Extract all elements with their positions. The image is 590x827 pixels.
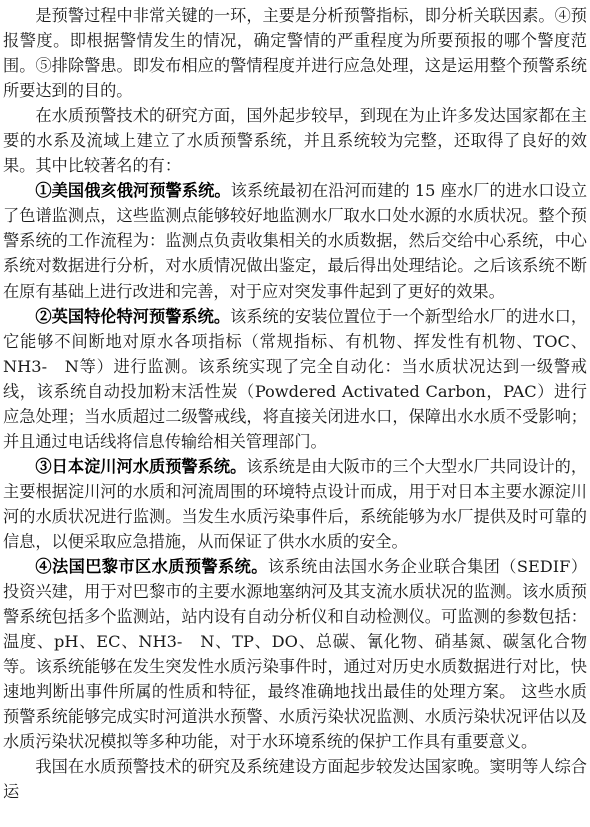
paragraph-text: 我国在水质预警技术的研究及系统建设方面起步较发达国家晚。窦明等人综合运 xyxy=(3,757,587,801)
paragraph-text: 是预警过程中非常关键的一环，主要是分析预警指标，即分析关联因素。④预报警度。即根… xyxy=(3,6,587,100)
paragraph-yodo-river-system: ③日本淀川河水质预警系统。该系统是由大阪市的三个大型水厂共同设计的，主要根据淀川… xyxy=(3,454,587,554)
paragraph-text: 在水质预警技术的研究方面，国外起步较早，到现在为止许多发达国家都在主要的水系及流… xyxy=(3,106,587,175)
document-page: 是预警过程中非常关键的一环，主要是分析预警指标，即分析关联因素。④预报警度。即根… xyxy=(3,3,587,805)
paragraph-heading: ③日本淀川河水质预警系统。 xyxy=(35,457,246,476)
paragraph-heading: ②英国特伦特河预警系统。 xyxy=(35,307,230,326)
paragraph-foreign-research: 在水质预警技术的研究方面，国外起步较早，到现在为止许多发达国家都在主要的水系及流… xyxy=(3,103,587,178)
paragraph-text: 该系统的安装位置位于一个新型给水厂的进水口，它能够不间断地对原水各项指标（常规指… xyxy=(3,307,587,451)
paragraph-heading: ④法国巴黎市区水质预警系统。 xyxy=(35,557,267,576)
paragraph-ohio-river-system: ①美国俄亥俄河预警系统。该系统最初在沿河而建的 15 座水厂的进水口设立了色谱监… xyxy=(3,178,587,303)
paragraph-heading: ①美国俄亥俄河预警系统。 xyxy=(35,181,230,200)
paragraph-text: 该系统由法国水务企业联合集团（SEDIF）投资兴建，用于对巴黎市的主要水源地塞纳… xyxy=(3,557,587,751)
paragraph-warning-steps: 是预警过程中非常关键的一环，主要是分析预警指标，即分析关联因素。④预报警度。即根… xyxy=(3,3,587,103)
paragraph-domestic-research: 我国在水质预警技术的研究及系统建设方面起步较发达国家晚。窦明等人综合运 xyxy=(3,754,587,804)
paragraph-paris-system: ④法国巴黎市区水质预警系统。该系统由法国水务企业联合集团（SEDIF）投资兴建，… xyxy=(3,554,587,754)
paragraph-trent-river-system: ②英国特伦特河预警系统。该系统的安装位置位于一个新型给水厂的进水口，它能够不间断… xyxy=(3,304,587,454)
